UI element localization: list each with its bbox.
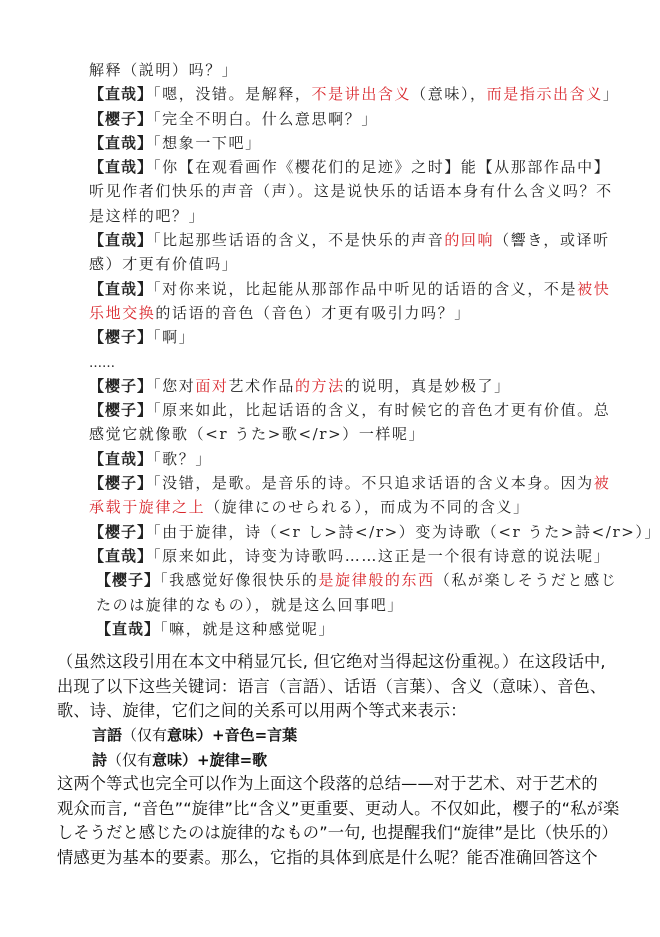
equation-meaning: 意味 bbox=[167, 726, 197, 744]
dialogue-line: 【樱子】「原来如此，比起话语的含义，有时候它的音色才更有价值。总 bbox=[89, 398, 609, 422]
dialogue-line: 【直哉】「歌？」 bbox=[89, 447, 609, 471]
paragraph-line: 这两个等式也完全可以作为上面这个段落的总结——对于艺术、对于艺术的 bbox=[57, 772, 617, 797]
dialogue-line: 【樱子】「您对面对艺术作品的方法的说明，真是妙极了」 bbox=[89, 374, 609, 398]
speaker-label: 【直哉】 bbox=[89, 85, 153, 103]
dialogue-line: 【直哉】「想象一下吧」 bbox=[89, 131, 609, 155]
dialogue-text: 「你【在观看画作《樱花们的足迹》之时】能【从那部作品中】 bbox=[153, 158, 610, 176]
highlighted-phrase: 被 bbox=[594, 474, 611, 492]
dialogue-excerpt: 解释（説明）吗？」【直哉】「嗯，没错。是解释，不是讲出含义（意味），而是指示出含… bbox=[89, 58, 609, 641]
dialogue-line: 感觉它就像歌（<r うた>歌</r>）一样呢」 bbox=[89, 422, 609, 446]
dialogue-text: 「嗯，没错。是解释， bbox=[153, 85, 312, 103]
commentary-paragraph-summary: 这两个等式也完全可以作为上面这个段落的总结——对于艺术、对于艺术的观众而言, “… bbox=[57, 772, 617, 870]
dialogue-text: 「完全不明白。什么意思啊？」 bbox=[153, 110, 378, 128]
dialogue-text: 感觉它就像歌（<r うた>歌</r>）一样呢」 bbox=[89, 425, 425, 443]
dialogue-text: 」 bbox=[603, 85, 620, 103]
dialogue-line: 【直哉】「嗯，没错。是解释，不是讲出含义（意味），而是指示出含义」 bbox=[89, 82, 609, 106]
equation-term: 詩 bbox=[92, 751, 107, 769]
highlighted-phrase: 承载于旋律之上 bbox=[89, 498, 205, 516]
paragraph-line: しそうだと感じたのは旋律的なもの”一句, 也提醒我们“旋律”是比（快乐的） bbox=[57, 821, 617, 846]
dialogue-text: 「原来如此，诗变为诗歌吗……这正是一个很有诗意的说法呢」 bbox=[153, 547, 610, 565]
equation-song: 詩（仅有意味）+旋律=歌 bbox=[92, 748, 267, 773]
speaker-label: 【直哉】 bbox=[89, 158, 153, 176]
equation-meaning: 意味 bbox=[152, 751, 182, 769]
dialogue-text: （響き，或译听 bbox=[494, 231, 610, 249]
dialogue-text: 「嘛，就是这种感觉呢」 bbox=[160, 620, 335, 638]
speaker-label: 【直哉】 bbox=[89, 134, 153, 152]
dialogue-line: 【直哉】「嘛，就是这种感觉呢」 bbox=[89, 617, 609, 641]
dialogue-text: 「由于旋律，诗（<r し>詩</r>）变为诗歌（<r うた>詩</r>）」 bbox=[153, 523, 660, 541]
dialogue-text: 「歌？」 bbox=[153, 450, 212, 468]
highlighted-phrase: 不是讲出含义 bbox=[312, 85, 412, 103]
highlighted-phrase: 的回响 bbox=[444, 231, 494, 249]
highlighted-phrase: 的方法 bbox=[295, 377, 345, 395]
dialogue-line: …… bbox=[89, 350, 609, 374]
dialogue-line: 【直哉】「原来如此，诗变为诗歌吗……这正是一个很有诗意的说法呢」 bbox=[89, 544, 609, 568]
dialogue-text: 「我感觉好像很快乐的 bbox=[160, 571, 319, 589]
equation-qualifier: （仅有 bbox=[107, 751, 152, 769]
speaker-label: 【樱子】 bbox=[89, 401, 153, 419]
dialogue-line: 听见作者们快乐的声音（声）。这是说快乐的话语本身有什么含义吗？不 bbox=[89, 179, 609, 203]
dialogue-text: 「啊」 bbox=[153, 328, 195, 346]
equation-term: 言語 bbox=[92, 726, 122, 744]
dialogue-line: 【樱子】「没错，是歌。是音乐的诗。不只追求话语的含义本身。因为被 bbox=[89, 471, 609, 495]
speaker-label: 【直哉】 bbox=[89, 280, 153, 298]
dialogue-text: 「对你来说，比起能从那部作品中听见的话语的含义，不是 bbox=[153, 280, 577, 298]
dialogue-text: 的说明，真是妙极了」 bbox=[345, 377, 511, 395]
paragraph-line: 歌、诗、旋律，它们之间的关系可以用两个等式来表示： bbox=[57, 699, 617, 724]
highlighted-phrase: 面对 bbox=[195, 377, 228, 395]
paragraph-line: （虽然这段引用在本文中稍显冗长, 但它绝对当得起这份重视。）在这段话中, bbox=[57, 650, 617, 675]
dialogue-text: 感）才更有价值吗」 bbox=[89, 255, 238, 273]
speaker-label: 【樱子】 bbox=[89, 523, 153, 541]
highlighted-phrase: 乐地交换 bbox=[89, 304, 155, 322]
commentary-paragraph-intro: （虽然这段引用在本文中稍显冗长, 但它绝对当得起这份重视。）在这段话中,出现了以… bbox=[57, 650, 617, 724]
dialogue-line: 【樱子】「由于旋律，诗（<r し>詩</r>）变为诗歌（<r うた>詩</r>）… bbox=[89, 520, 609, 544]
speaker-label: 【直哉】 bbox=[89, 547, 153, 565]
dialogue-line: 是这样的吧？」 bbox=[89, 204, 609, 228]
dialogue-text: 「您对 bbox=[153, 377, 195, 395]
dialogue-text: （意味）， bbox=[411, 85, 487, 103]
paragraph-line: 情感更为基本的要素。那么，它指的具体到底是什么呢？能否准确回答这个 bbox=[57, 846, 617, 871]
dialogue-line: 【樱子】「我感觉好像很快乐的是旋律般的东西（私が楽しそうだと感じ bbox=[89, 568, 609, 592]
dialogue-text: たのは旋律的なもの），就是这么回事吧」 bbox=[96, 596, 404, 614]
dialogue-text: 「原来如此，比起话语的含义，有时候它的音色才更有价值。总 bbox=[153, 401, 610, 419]
equation-qualifier: （仅有 bbox=[122, 726, 167, 744]
speaker-label: 【樱子】 bbox=[96, 571, 160, 589]
dialogue-line: 【直哉】「对你来说，比起能从那部作品中听见的话语的含义，不是被快 bbox=[89, 277, 609, 301]
speaker-label: 【樱子】 bbox=[89, 474, 153, 492]
paragraph-line: 观众而言, “音色”“旋律”比“含义”更重要、更动人。不仅如此，樱子的“私が楽 bbox=[57, 797, 617, 822]
speaker-label: 【樱子】 bbox=[89, 377, 153, 395]
dialogue-line: 【樱子】「啊」 bbox=[89, 325, 609, 349]
dialogue-text: 的话语的音色（音色）才更有吸引力吗？」 bbox=[155, 304, 470, 322]
document-page: 解释（説明）吗？」【直哉】「嗯，没错。是解释，不是讲出含义（意味），而是指示出含… bbox=[0, 0, 660, 937]
dialogue-text: （私が楽しそうだと感じ bbox=[435, 571, 618, 589]
dialogue-line: 承载于旋律之上（旋律にのせられる），而成为不同的含义」 bbox=[89, 495, 609, 519]
dialogue-line: 乐地交换的话语的音色（音色）才更有吸引力吗？」 bbox=[89, 301, 609, 325]
dialogue-line: 感）才更有价值吗」 bbox=[89, 252, 609, 276]
dialogue-line: 【直哉】「你【在观看画作《樱花们的足迹》之时】能【从那部作品中】 bbox=[89, 155, 609, 179]
dialogue-line: 【直哉】「比起那些话语的含义，不是快乐的声音的回响（響き，或译听 bbox=[89, 228, 609, 252]
speaker-label: 【樱子】 bbox=[89, 110, 153, 128]
highlighted-phrase: 被快 bbox=[577, 280, 610, 298]
dialogue-text: 解释（説明）吗？」 bbox=[89, 61, 238, 79]
speaker-label: 【直哉】 bbox=[96, 620, 160, 638]
dialogue-text: 「没错，是歌。是音乐的诗。不只追求话语的含义本身。因为 bbox=[153, 474, 594, 492]
equation-result: ）+旋律=歌 bbox=[182, 751, 267, 769]
speaker-label: 【樱子】 bbox=[89, 328, 153, 346]
equation-words: 言語（仅有意味）+音色=言葉 bbox=[92, 723, 297, 748]
dialogue-text: 艺术作品 bbox=[229, 377, 295, 395]
equation-result: ）+音色=言葉 bbox=[197, 726, 297, 744]
dialogue-line: 解释（説明）吗？」 bbox=[89, 58, 609, 82]
speaker-label: 【直哉】 bbox=[89, 231, 153, 249]
dialogue-text: 「想象一下吧」 bbox=[153, 134, 262, 152]
dialogue-line: たのは旋律的なもの），就是这么回事吧」 bbox=[89, 593, 609, 617]
highlighted-phrase: 是旋律般的东西 bbox=[319, 571, 435, 589]
dialogue-text: 是这样的吧？」 bbox=[89, 207, 205, 225]
dialogue-text: （旋律にのせられる），而成为不同的含义」 bbox=[205, 498, 530, 516]
speaker-label: 【直哉】 bbox=[89, 450, 153, 468]
omission-ellipsis: …… bbox=[89, 356, 115, 371]
dialogue-line: 【樱子】「完全不明白。什么意思啊？」 bbox=[89, 107, 609, 131]
paragraph-line: 出现了以下这些关键词：语言（言語）、话语（言葉）、含义（意味）、音色、 bbox=[57, 675, 617, 700]
dialogue-text: 听见作者们快乐的声音（声）。这是说快乐的话语本身有什么含义吗？不 bbox=[89, 182, 613, 200]
dialogue-text: 「比起那些话语的含义，不是快乐的声音 bbox=[153, 231, 444, 249]
highlighted-phrase: 而是指示出含义 bbox=[487, 85, 603, 103]
